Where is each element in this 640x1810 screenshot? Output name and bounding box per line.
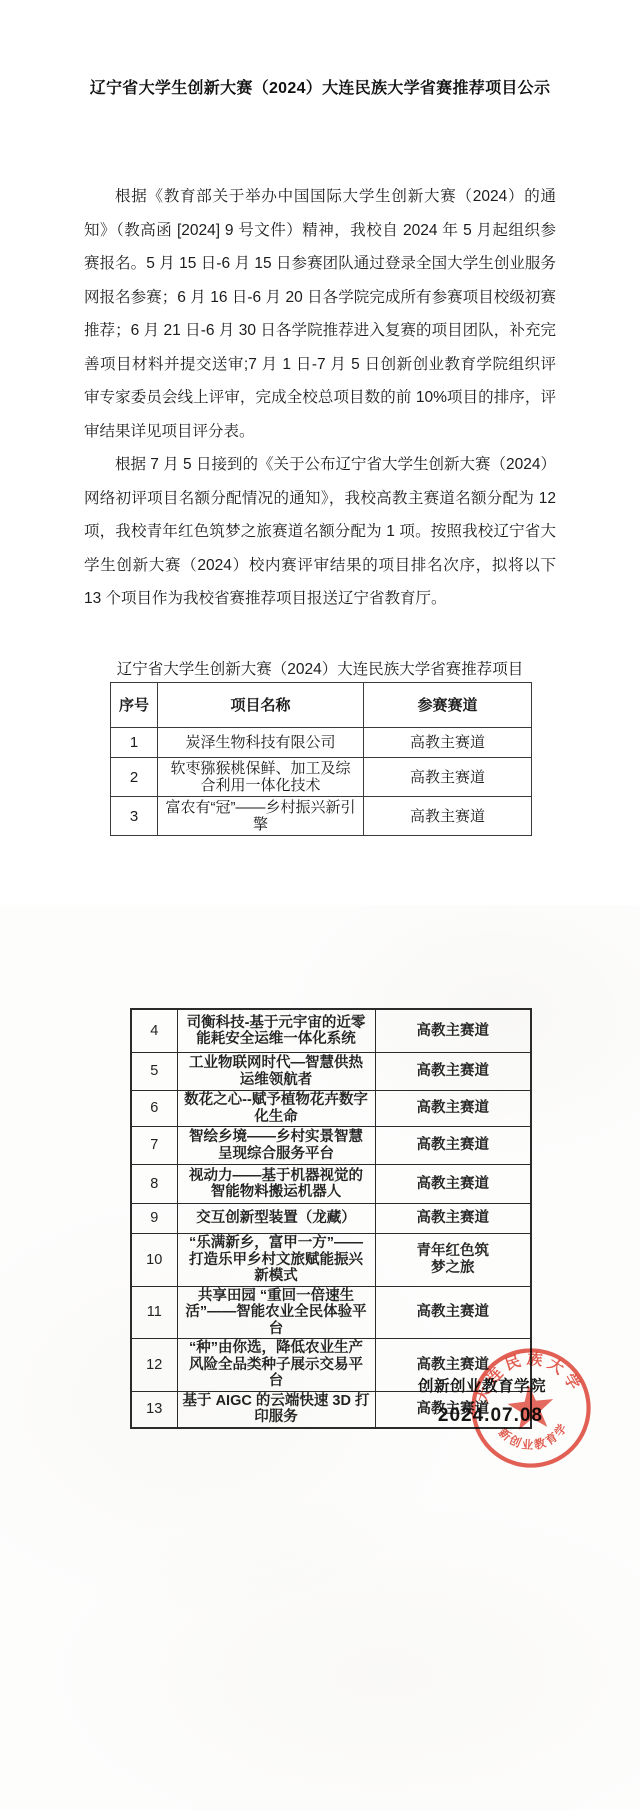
document-page: 辽宁省大学生创新大赛（2024）大连民族大学省赛推荐项目公示 根据《教育部关于举… <box>0 0 640 1810</box>
cell-name: 智绘乡境——乡村实景智慧呈现综合服务平台 <box>177 1127 375 1165</box>
table-row: 7智绘乡境——乡村实景智慧呈现综合服务平台高教主赛道 <box>131 1127 531 1165</box>
cell-no: 10 <box>131 1234 177 1287</box>
cell-track: 高教主赛道 <box>364 728 532 758</box>
cell-name: “乐满新乡，富甲一方”——打造乐甲乡村文旅赋能振兴新模式 <box>177 1234 375 1287</box>
table-row: 10“乐满新乡，富甲一方”——打造乐甲乡村文旅赋能振兴新模式青年红色筑 梦之旅 <box>131 1234 531 1287</box>
seal-star-icon <box>506 1383 556 1431</box>
cell-track: 高教主赛道 <box>364 758 532 797</box>
cell-no: 12 <box>131 1339 177 1392</box>
table-row: 6数花之心--赋予植物花卉数字化生命高教主赛道 <box>131 1091 531 1127</box>
cell-no: 2 <box>111 758 158 797</box>
table-title: 辽宁省大学生创新大赛（2024）大连民族大学省赛推荐项目 <box>0 657 640 679</box>
cell-no: 1 <box>111 728 158 758</box>
cell-track: 高教主赛道 <box>375 1009 531 1053</box>
cell-no: 4 <box>131 1009 177 1053</box>
col-header-project-name: 项目名称 <box>158 683 364 728</box>
cell-track: 高教主赛道 <box>364 797 532 836</box>
cell-no: 13 <box>131 1391 177 1428</box>
cell-name: “种”由你选，降低农业生产风险全品类种子展示交易平台 <box>177 1339 375 1392</box>
cell-name: 基于 AIGC 的云端快速 3D 打印服务 <box>177 1391 375 1428</box>
table-row: 2软枣猕猴桃保鲜、加工及综合利用一体化技术高教主赛道 <box>111 758 532 797</box>
paragraph-1: 根据《教育部关于举办中国国际大学生创新大赛（2024）的通知》（教高函 [202… <box>84 180 556 448</box>
cell-no: 8 <box>131 1165 177 1204</box>
table-row: 4司衡科技-基于元宇宙的近零能耗安全运维一体化系统高教主赛道 <box>131 1009 531 1053</box>
cell-track: 高教主赛道 <box>375 1204 531 1234</box>
body-paragraphs: 根据《教育部关于举办中国国际大学生创新大赛（2024）的通知》（教高函 [202… <box>84 180 556 616</box>
cell-no: 11 <box>131 1286 177 1339</box>
cell-track: 高教主赛道 <box>375 1053 531 1091</box>
cell-name: 软枣猕猴桃保鲜、加工及综合利用一体化技术 <box>158 758 364 797</box>
col-header-track: 参赛赛道 <box>364 683 532 728</box>
table-row: 8视动力——基于机器视觉的智能物料搬运机器人高教主赛道 <box>131 1165 531 1204</box>
cell-no: 7 <box>131 1127 177 1165</box>
cell-no: 9 <box>131 1204 177 1234</box>
table-row: 11共享田园 “重回一倍速生活”——智能农业全民体验平台高教主赛道 <box>131 1286 531 1339</box>
cell-track: 高教主赛道 <box>375 1091 531 1127</box>
cell-track: 高教主赛道 <box>375 1165 531 1204</box>
cell-no: 3 <box>111 797 158 836</box>
cell-name: 视动力——基于机器视觉的智能物料搬运机器人 <box>177 1165 375 1204</box>
table-row: 5工业物联网时代—智慧供热运维领航者高教主赛道 <box>131 1053 531 1091</box>
document-title: 辽宁省大学生创新大赛（2024）大连民族大学省赛推荐项目公示 <box>82 71 558 106</box>
cell-name: 司衡科技-基于元宇宙的近零能耗安全运维一体化系统 <box>177 1009 375 1053</box>
col-header-no: 序号 <box>111 683 158 728</box>
table-row: 1炭泽生物科技有限公司高教主赛道 <box>111 728 532 758</box>
cell-track: 高教主赛道 <box>375 1286 531 1339</box>
projects-table-page1: 序号 项目名称 参赛赛道 1炭泽生物科技有限公司高教主赛道2软枣猕猴桃保鲜、加工… <box>110 682 532 836</box>
cell-name: 数花之心--赋予植物花卉数字化生命 <box>177 1091 375 1127</box>
table-row: 3富农有“冠”——乡村振兴新引擎高教主赛道 <box>111 797 532 836</box>
table-header-row: 序号 项目名称 参赛赛道 <box>111 683 532 728</box>
cell-name: 富农有“冠”——乡村振兴新引擎 <box>158 797 364 836</box>
cell-name: 工业物联网时代—智慧供热运维领航者 <box>177 1053 375 1091</box>
paragraph-2: 根据 7 月 5 日接到的《关于公布辽宁省大学生创新大赛（2024）网络初评项目… <box>84 448 556 616</box>
cell-track: 高教主赛道 <box>375 1127 531 1165</box>
cell-no: 6 <box>131 1091 177 1127</box>
official-seal-stamp: 大连民族大学 创新创业教育学院 <box>460 1337 603 1480</box>
cell-name: 炭泽生物科技有限公司 <box>158 728 364 758</box>
cell-no: 5 <box>131 1053 177 1091</box>
cell-name: 交互创新型装置（龙藏） <box>177 1204 375 1234</box>
table-row: 9交互创新型装置（龙藏）高教主赛道 <box>131 1204 531 1234</box>
cell-track: 青年红色筑 梦之旅 <box>375 1234 531 1287</box>
cell-name: 共享田园 “重回一倍速生活”——智能农业全民体验平台 <box>177 1286 375 1339</box>
